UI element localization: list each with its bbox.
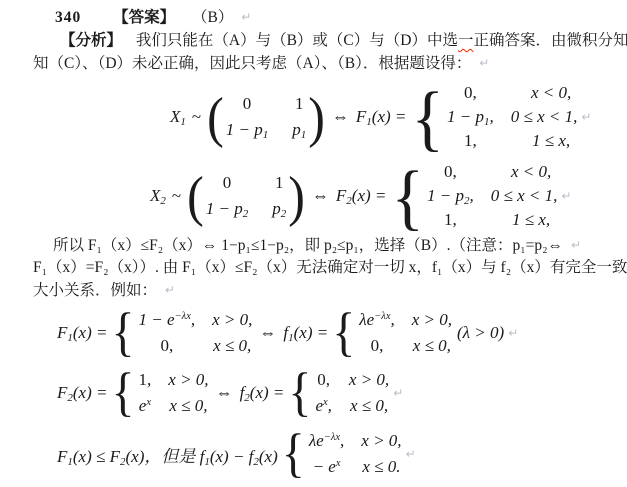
case-condition: x ≤ 0, — [412, 333, 452, 359]
cases-difference: λe−λx, x > 0, − ex x ≤ 0. — [309, 428, 402, 480]
case-value: 1, — [447, 129, 494, 153]
matrix-cell: 1 − p1 — [226, 117, 268, 143]
return-mark: ↵ — [479, 56, 489, 70]
document-page: 340 【答案】 （B） ↵ 【分析】 我们只能在（A）与（B）或（C）与（D）… — [0, 0, 627, 487]
cases-F1-exp: 1 − e−λx, x > 0, 0, x ≤ 0, — [139, 307, 253, 359]
iff-arrow: ⇔ — [312, 186, 329, 206]
matrix-cell: p2 — [272, 196, 286, 222]
reasoning-text: 所以 F₁（x）≤F₂（x）⇔ 1−p₁≤1−p₂，即 p₂≤p₁，选择（B）.… — [53, 237, 563, 254]
func-F2: F2(x) = — [57, 383, 107, 403]
spellcheck-marked-text: 一 — [458, 32, 474, 49]
formula-x1-distribution: X1 ~ ( 0 1 1 − p1 p1 ) ⇔ F1(x) = { 0, x … — [170, 81, 627, 153]
reasoning-paragraph: 所以 F₁（x）≤F₂（x）⇔ 1−p₁≤1−p₂，即 p₂≤p₁，选择（B）.… — [33, 234, 619, 302]
analysis-label: 【分析】 — [60, 32, 122, 49]
case-condition: x > 0, — [349, 367, 389, 393]
analysis-line-1: 【分析】 我们只能在（A）与（B）或（C）与（D）中选一正确答案．由微积分知识 — [33, 29, 619, 52]
answer-label: 【答案】 — [113, 9, 175, 26]
case-value: 0, — [427, 160, 474, 184]
matrix-cell: 1 − p2 — [206, 196, 248, 222]
case-condition: 0 ≤ x < 1,↵ — [511, 105, 592, 129]
tilde-operator: ~ — [192, 107, 201, 127]
cases-F2-exp: 1, x > 0, ex x ≤ 0, — [139, 367, 209, 419]
case-value: 0, — [139, 333, 196, 359]
case-value: 1 − p1, — [447, 105, 494, 129]
return-mark: ↵ — [241, 10, 251, 24]
reasoning-line-2: F₁（x）=F₂（x））. 由 F₁（x）≤F₂（x）无法确定对一切 x，f₁（… — [33, 257, 619, 279]
func-f2: f2(x) = — [240, 383, 285, 403]
left-paren: ( — [207, 89, 224, 145]
distribution-matrix-x1: 0 1 1 − p1 p1 — [226, 91, 306, 143]
case-condition: x > 0, — [168, 367, 208, 393]
return-mark: ↵ — [165, 283, 175, 297]
var-x1: X1 — [170, 107, 186, 127]
case-value: 0, — [359, 333, 394, 359]
left-brace: { — [391, 159, 424, 232]
func-F1: F1(x) = — [57, 323, 107, 343]
lambda-constraint: (λ > 0) — [457, 323, 504, 343]
case-value: 1 − e−λx, — [139, 307, 196, 333]
case-condition: x < 0, — [491, 160, 572, 184]
formula-difference-conclusion: F1(x) ≤ F2(x)，但是 f1(x) − f2(x) { λe−λx, … — [57, 427, 627, 481]
case-condition: 0 ≤ x < 1,↵ — [491, 184, 572, 208]
case-condition: x ≤ 0, — [349, 393, 389, 419]
left-brace: { — [111, 306, 134, 360]
var-x2: X2 — [150, 186, 166, 206]
problem-number: 340 — [55, 9, 81, 26]
left-brace: { — [288, 366, 311, 420]
matrix-cell: p1 — [292, 117, 306, 143]
analysis-paragraph: 【分析】 我们只能在（A）与（B）或（C）与（D）中选一正确答案．由微积分知识 … — [33, 29, 619, 75]
matrix-cell: 0 — [226, 91, 268, 117]
func-F2: F2(x) = — [336, 186, 386, 206]
case-condition: x > 0, — [212, 307, 252, 333]
case-condition: x ≤ 0, — [168, 393, 208, 419]
analysis-text: 我们只能在（A）与（B）或（C）与（D）中选 — [136, 32, 458, 49]
return-mark: ↵ — [571, 238, 581, 252]
case-condition: 1 ≤ x, — [491, 208, 572, 232]
formula-step-example: F2(x) = { 1, x > 0, ex x ≤ 0, ⇔ f2(x) = … — [57, 366, 627, 420]
return-mark: ↵ — [581, 110, 591, 124]
analysis-text: 知（C）、（D）未必正确，因此只考虑（A）、（B）．根据题设得： — [33, 55, 471, 72]
case-value: ex — [139, 393, 152, 419]
left-brace: { — [282, 427, 305, 481]
iff-arrow: ⇔ — [332, 107, 349, 127]
right-paren: ) — [288, 168, 305, 224]
right-paren: ) — [308, 89, 325, 145]
case-condition: x > 0, — [412, 307, 452, 333]
analysis-line-2: 知（C）、（D）未必正确，因此只考虑（A）、（B）．根据题设得： ↵ — [33, 52, 619, 75]
iff-arrow: ⇔ — [216, 383, 233, 403]
case-value: − ex — [309, 454, 344, 480]
iff-arrow: ⇔ — [259, 323, 276, 343]
case-value: 0, — [315, 367, 331, 393]
distribution-matrix-x2: 0 1 1 − p2 p2 — [206, 170, 286, 222]
reasoning-text: F₁（x）=F₂（x））. 由 F₁（x）≤F₂（x）无法确定对一切 x，f₁（… — [33, 259, 627, 276]
reasoning-line-3: 大小关系．例如： ↵ — [33, 279, 619, 302]
func-f1: f1(x) = — [283, 323, 328, 343]
left-brace: { — [411, 80, 444, 153]
case-value: ex, — [315, 393, 331, 419]
tilde-operator: ~ — [172, 186, 181, 206]
answer-line: 340 【答案】 （B） ↵ — [0, 0, 627, 29]
matrix-cell: 1 — [292, 91, 306, 117]
return-mark: ↵ — [508, 326, 518, 340]
case-condition: x > 0, — [361, 428, 401, 454]
matrix-cell: 0 — [206, 170, 248, 196]
left-brace: { — [332, 306, 355, 360]
formula-exponential-example: F1(x) = { 1 − e−λx, x > 0, 0, x ≤ 0, ⇔ f… — [57, 306, 627, 360]
return-mark: ↵ — [393, 386, 403, 400]
cases-f1-exp: λe−λx, x > 0, 0, x ≤ 0, — [359, 307, 452, 359]
cases-F1: 0, x < 0, 1 − p1, 0 ≤ x < 1,↵ 1, 1 ≤ x, — [447, 81, 591, 153]
reasoning-line-1: 所以 F₁（x）≤F₂（x）⇔ 1−p₁≤1−p₂，即 p₂≤p₁，选择（B）.… — [33, 234, 619, 257]
conclusion-lead: F1(x) ≤ F2(x)，但是 f1(x) − f2(x) — [57, 442, 278, 467]
case-value: 1 − p2, — [427, 184, 474, 208]
return-mark: ↵ — [561, 189, 571, 203]
cases-F2: 0, x < 0, 1 − p2, 0 ≤ x < 1,↵ 1, 1 ≤ x, — [427, 160, 571, 232]
case-condition: x ≤ 0, — [212, 333, 252, 359]
answer-value: （B） — [192, 9, 233, 26]
case-condition: x < 0, — [511, 81, 592, 105]
case-value: λe−λx, — [309, 428, 344, 454]
left-brace: { — [111, 366, 134, 420]
case-condition: 1 ≤ x, — [511, 129, 592, 153]
formula-x2-distribution: X2 ~ ( 0 1 1 − p2 p2 ) ⇔ F2(x) = { 0, x … — [150, 160, 627, 232]
cases-f2-exp: 0, x > 0, ex, x ≤ 0, — [315, 367, 389, 419]
case-value: 1, — [427, 208, 474, 232]
case-condition: x ≤ 0. — [361, 454, 401, 480]
reasoning-text: 大小关系．例如： — [33, 282, 157, 299]
case-value: 1, — [139, 367, 152, 393]
matrix-cell: 1 — [272, 170, 286, 196]
case-value: λe−λx, — [359, 307, 394, 333]
left-paren: ( — [187, 168, 204, 224]
return-mark: ↵ — [406, 447, 416, 461]
func-F1: F1(x) = — [356, 107, 406, 127]
case-value: 0, — [447, 81, 494, 105]
analysis-text: 正确答案．由微积分知识 — [473, 32, 627, 49]
